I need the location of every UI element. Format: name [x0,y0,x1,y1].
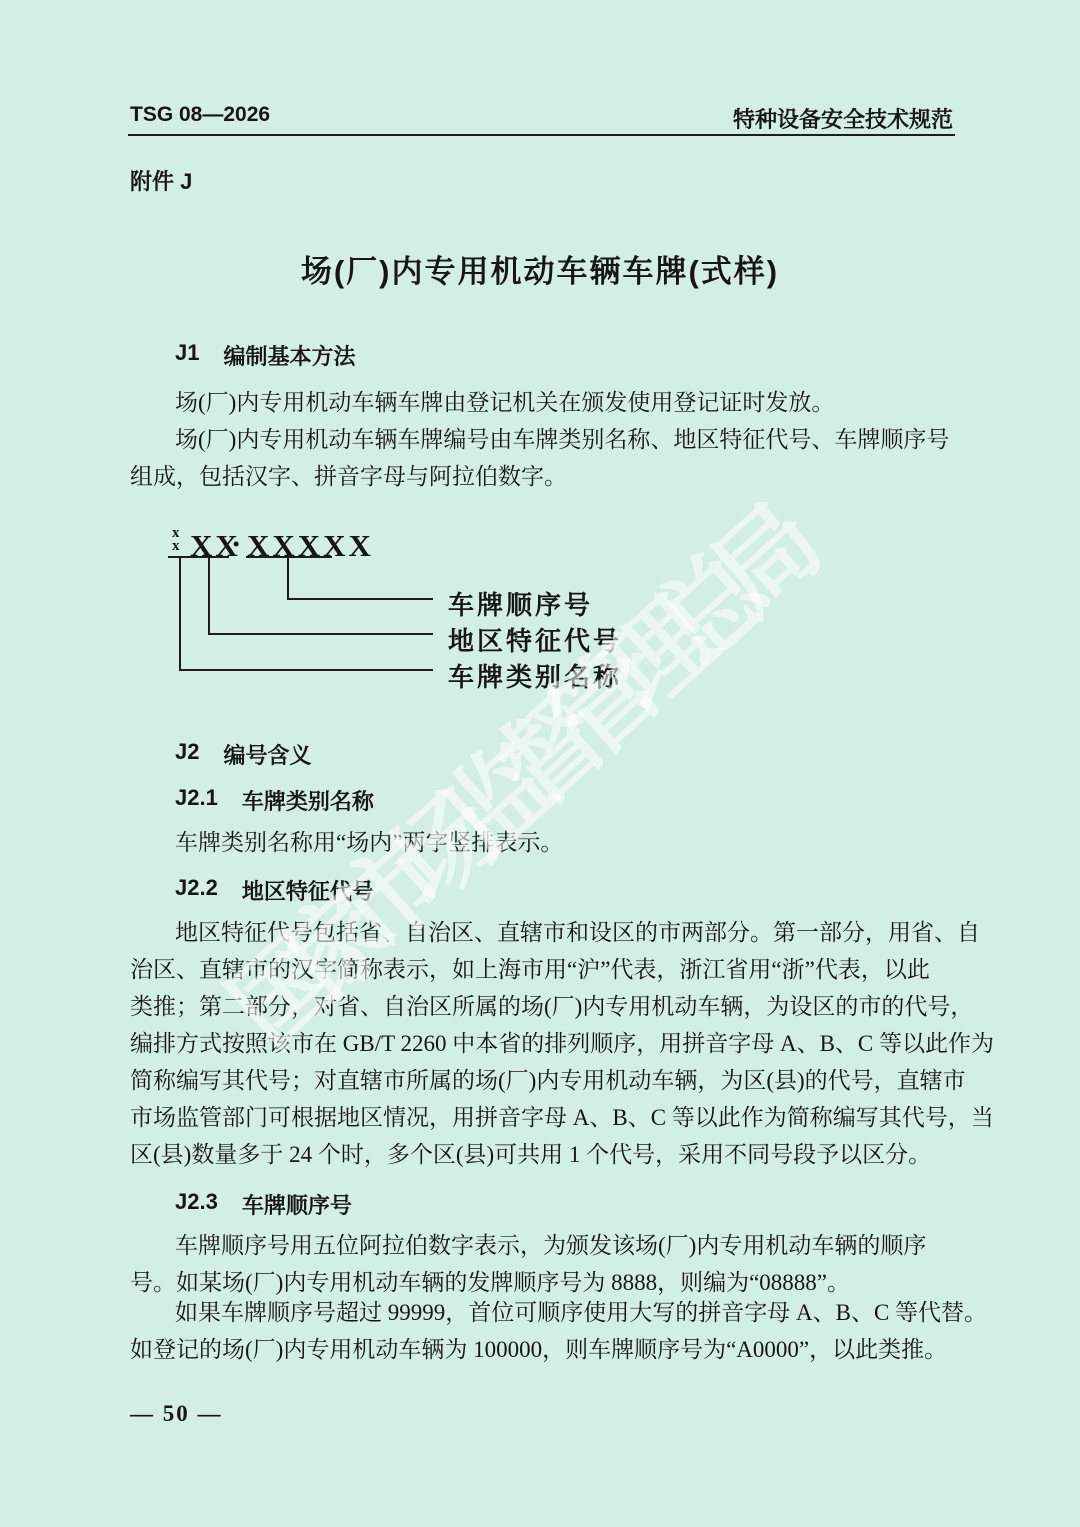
section-heading-j1: J1 编制基本方法 [175,340,356,371]
paragraph-line: 类推；第二部分，对省、自治区所属的场(厂)内专用机动车辆，为设区的市的代号， [130,994,973,1019]
underline [246,556,332,558]
header-rule [128,134,955,136]
diagram-label-serial: 车牌顺序号 [448,585,593,622]
connector-line [287,557,289,600]
paragraph-line: 简称编写其代号；对直辖市所属的场(厂)内专用机动车辆，为区(县)的代号，直辖市 [130,1068,966,1093]
connector-line [179,557,181,671]
section-heading-j2-3: J2.3 车牌顺序号 [175,1189,352,1220]
connector-line [208,557,210,635]
section-number: J2.2 [175,875,218,906]
section-title: 编号含义 [223,739,311,770]
section-number: J2 [175,739,199,770]
diagram-label-category: 车牌类别名称 [448,657,622,694]
placeholder-char: x [172,540,180,553]
section-title: 车牌顺序号 [242,1189,352,1220]
connector-line [287,598,433,600]
document-page: TSG 08—2026 特种设备安全技术规范 附件 J 场(厂)内专用机动车辆车… [0,0,1080,1527]
separator-dot: · [231,526,244,562]
connector-line [208,633,433,635]
section-heading-j2: J2 编号含义 [175,739,312,770]
paragraph-line: 号。如某场(厂)内专用机动车辆的发牌顺序号为 8888，则编为“08888”。 [130,1270,850,1295]
paragraph-line: 如登记的场(厂)内专用机动车辆为 100000，则车牌顺序号为“A0000”，以… [130,1337,947,1362]
attachment-label: 附件 J [130,165,192,196]
page-title: 场(厂)内专用机动车辆车牌(式样) [0,246,1080,291]
paragraph-line: 编排方式按照该市在 GB/T 2260 中本省的排列顺序，用拼音字母 A、B、C… [130,1031,994,1056]
paragraph-line: 市场监管部门可根据地区情况，用拼音字母 A、B、C 等以此作为简称编写其代号，当 [130,1105,994,1130]
paragraph-line: 地区特征代号包括省、自治区、直辖市和设区的市两部分。第一部分，用省、自 [175,920,980,945]
header-doc-title: 特种设备安全技术规范 [733,103,953,134]
paragraph-line: 治区、直辖市的汉字简称表示，如上海市用“沪”代表，浙江省用“浙”代表，以此 [130,957,930,982]
section-title: 地区特征代号 [242,875,374,906]
connector-line [179,669,433,671]
section-title: 车牌类别名称 [242,785,374,816]
plate-category-placeholder: x x [172,527,180,553]
section-heading-j2-2: J2.2 地区特征代号 [175,875,374,906]
paragraph-line: 组成，包括汉字、拼音字母与阿拉伯数字。 [130,464,567,489]
section-title: 编制基本方法 [223,340,355,371]
section-number: J2.3 [175,1189,218,1220]
header-doc-code: TSG 08—2026 [130,103,270,127]
paragraph-line: 场(厂)内专用机动车辆车牌由登记机关在颁发使用登记证时发放。 [175,390,834,415]
serial-placeholder: XXXXX [247,528,374,564]
paragraph-line: 车牌类别名称用“场内”两字竖排表示。 [175,830,563,855]
paragraph-line: 区(县)数量多于 24 个时，多个区(县)可共用 1 个代号，采用不同号段予以区… [130,1142,931,1167]
section-number: J1 [175,340,199,371]
page-number: — 50 — [130,1401,223,1427]
section-number: J2.1 [175,785,218,816]
paragraph-line: 如果车牌顺序号超过 99999，首位可顺序使用大写的拼音字母 A、B、C 等代替… [175,1300,987,1325]
paragraph-line: 场(厂)内专用机动车辆车牌编号由车牌类别名称、地区特征代号、车牌顺序号 [175,427,949,452]
diagram-label-region: 地区特征代号 [448,621,622,658]
paragraph-line: 车牌顺序号用五位阿拉伯数字表示，为颁发该场(厂)内专用机动车辆的顺序 [175,1233,926,1258]
section-heading-j2-1: J2.1 车牌类别名称 [175,785,374,816]
